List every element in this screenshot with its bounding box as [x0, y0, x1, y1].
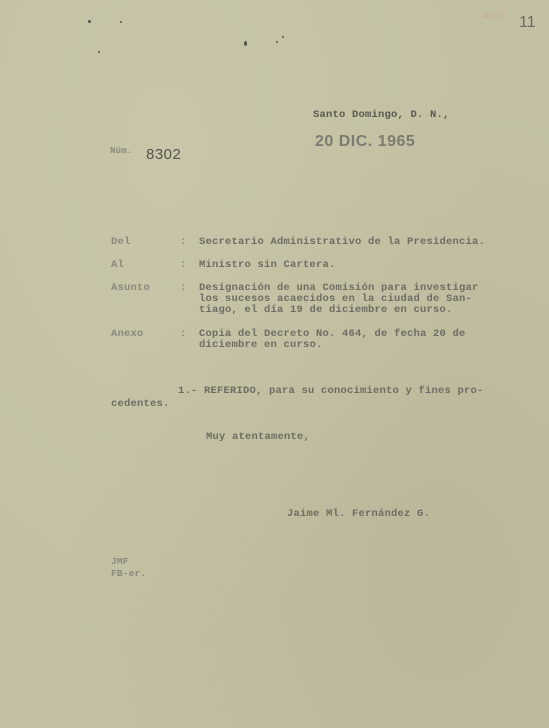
body-paragraph-line1: 1.- REFERIDO, para su conocimiento y fin… — [178, 386, 484, 397]
document-page: AGN 11 Santo Domingo, D. N., 20 DIC. 196… — [0, 0, 549, 728]
field-label-anexo: Anexo — [111, 329, 144, 340]
page-number-pencil: 11 — [519, 14, 536, 32]
field-value-asunto-line3: tiago, el día 19 de diciembre en curso. — [199, 305, 453, 316]
field-value-al: Ministro sin Cartera. — [199, 260, 336, 271]
paper-speck — [88, 20, 91, 23]
field-sep: : — [180, 283, 187, 294]
closing: Muy atentamente, — [206, 432, 310, 443]
initials-line2: FB-er. — [111, 568, 146, 579]
paper-speck — [276, 41, 278, 43]
date-stamp: 20 DIC. 1965 — [315, 133, 415, 151]
archive-stamp: AGN — [482, 11, 504, 22]
field-label-del: Del — [111, 237, 131, 248]
field-value-del: Secretario Administrativo de la Presiden… — [199, 237, 485, 248]
paper-speck — [282, 36, 284, 38]
field-sep: : — [180, 329, 187, 340]
paper-speck — [244, 41, 247, 46]
field-label-al: Al — [111, 260, 124, 271]
paper-speck — [98, 51, 100, 53]
signature-name: Jaime Ml. Fernández G. — [287, 509, 430, 520]
field-label-asunto: Asunto — [111, 283, 150, 294]
number-value: 8302 — [146, 146, 181, 163]
number-label: Núm. — [110, 146, 132, 157]
field-sep: : — [180, 237, 187, 248]
paper-speck — [120, 21, 122, 23]
initials-line1: JMF — [111, 556, 129, 567]
body-paragraph-line2: cedentes. — [111, 399, 170, 410]
field-value-anexo-line2: diciembre en curso. — [199, 340, 323, 351]
place-line: Santo Domingo, D. N., — [313, 110, 450, 121]
field-sep: : — [180, 260, 187, 271]
